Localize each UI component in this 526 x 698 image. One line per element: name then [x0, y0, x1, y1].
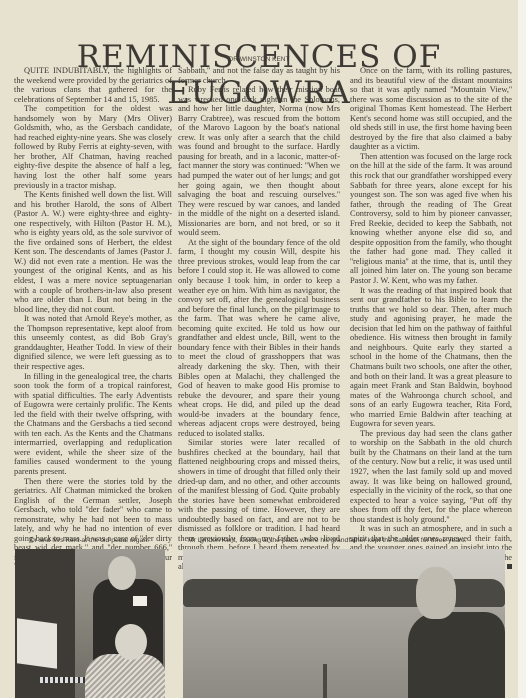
paragraph: In filling in the genealogical tree, the… [14, 372, 172, 477]
page-edge [518, 0, 526, 698]
man-figure [408, 567, 505, 698]
paragraph: It was noted that Arnold Reye's mother, … [14, 314, 172, 371]
column-2: Sabbath,'' and not the false day as taug… [178, 66, 340, 572]
paragraph: Once on the farm, with its rolling pastu… [350, 66, 512, 152]
sheet-music-shape [17, 618, 57, 669]
magazine-page: REMINISCENCES OF EUGOWRA DR WINSTON KENT… [0, 0, 518, 698]
woman-figure [85, 654, 165, 698]
man-head [416, 567, 456, 619]
photo-caption-organ: Dr and Mrs Kent at the old pedal organ. [30, 537, 149, 544]
name-badge [133, 596, 147, 606]
fence-post [323, 664, 327, 698]
column-3: Once on the farm, with its rolling pastu… [350, 66, 512, 572]
paragraph: The competition for the oldest was hands… [14, 104, 172, 190]
column-1: QUITE INDUBITABLY, the highlights of the… [14, 66, 172, 572]
photo-lynden-kent-at-farm [183, 549, 505, 698]
paragraph: The Kents finished well down the list. W… [14, 190, 172, 314]
end-of-article-mark-icon [507, 564, 512, 569]
author-byline: DR WINSTON KENT [0, 56, 518, 63]
paragraph: The previous day had seen the clans gath… [350, 429, 512, 524]
photo-caption-farm: Mr Lynden Kent, looking at the place whe… [188, 537, 467, 544]
woman-head [115, 624, 147, 660]
organ-keys-shape [40, 677, 85, 683]
paragraph: Ruby Ferris related how their mission bo… [178, 85, 340, 238]
paragraph: Sabbath,'' and not the false day as taug… [178, 66, 340, 85]
paragraph: QUITE INDUBITABLY, the highlights of the… [14, 66, 172, 104]
paragraph: It was the reading of that inspired book… [350, 286, 512, 429]
man-coat [408, 612, 505, 698]
paragraph: Then attention was focused on the large … [350, 152, 512, 286]
photo-kents-at-organ [15, 549, 165, 698]
paragraph: At the sight of the boundary fence of th… [178, 238, 340, 438]
man-head [108, 556, 136, 590]
